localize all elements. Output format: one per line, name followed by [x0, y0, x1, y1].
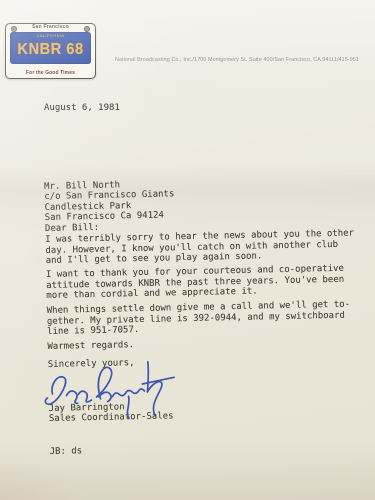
body-paragraph-1: I was terribly sorry to hear the news ab…	[45, 229, 375, 267]
plate-frame-top-text: San Francisco	[6, 24, 95, 31]
typist-initials: JB: ds	[50, 440, 375, 457]
plate-frame-bottom-text: For the Good Times	[6, 70, 95, 77]
letter-body: Mr. Bill North c/o San Francisco Giants …	[44, 175, 375, 457]
letterhead-address-line: National Broadcasting Co., Inc./1700 Mon…	[115, 57, 375, 64]
closing-line: Sincerely yours,	[48, 354, 375, 371]
recipient-address-block: Mr. Bill North c/o San Francisco Giants …	[44, 175, 375, 223]
letter-date: August 6, 1981	[44, 103, 120, 113]
letter-photo: San Francisco CALIFORNIA KNBR 68 For the…	[0, 0, 375, 500]
regards-line: Warmest regards.	[47, 335, 375, 352]
plate-call-sign: KNBR 68	[13, 39, 88, 61]
body-paragraph-3: When things settle down give me a call a…	[47, 299, 375, 337]
body-paragraph-2: I want to thank you for your courteous a…	[46, 263, 375, 301]
knbr-license-plate-logo: San Francisco CALIFORNIA KNBR 68 For the…	[5, 23, 96, 79]
plate-blue-panel: CALIFORNIA KNBR 68	[10, 32, 91, 64]
